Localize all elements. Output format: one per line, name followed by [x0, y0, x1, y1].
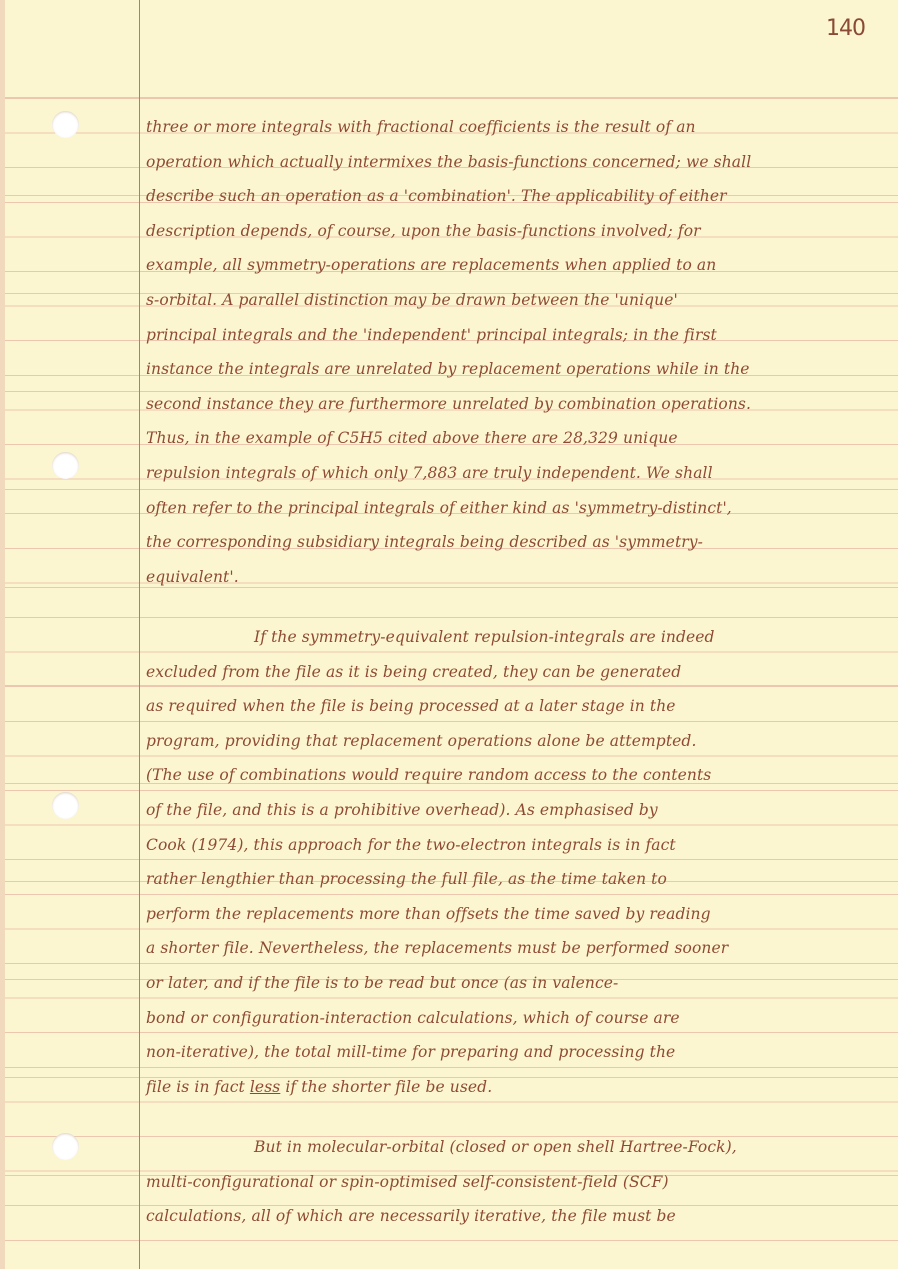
text-line: rather lengthier than processing the ful…	[146, 862, 876, 897]
text-line: Thus, in the example of C5H5 cited above…	[146, 421, 876, 456]
margin-line	[139, 0, 140, 1269]
text-line: But in molecular-orbital (closed or open…	[146, 1130, 876, 1165]
text-line: often refer to the principal integrals o…	[146, 491, 876, 526]
underlined-word: less	[250, 1078, 280, 1096]
paragraph-3: But in molecular-orbital (closed or open…	[146, 1130, 876, 1234]
text-line: second instance they are furthermore unr…	[146, 387, 876, 422]
text-line: example, all symmetry-operations are rep…	[146, 248, 876, 283]
text-line: the corresponding subsidiary integrals b…	[146, 525, 876, 560]
text-line: three or more integrals with fractional …	[146, 110, 876, 145]
text-line: non-iterative), the total mill-time for …	[146, 1035, 876, 1070]
text-line: If the symmetry-equivalent repulsion-int…	[146, 620, 876, 655]
text-line: description depends, of course, upon the…	[146, 214, 876, 249]
text-line: principal integrals and the 'independent…	[146, 318, 876, 353]
text-line: as required when the file is being proce…	[146, 689, 876, 724]
text-line: operation which actually intermixes the …	[146, 145, 876, 180]
text-line: excluded from the file as it is being cr…	[146, 655, 876, 690]
text-line: Cook (1974), this approach for the two-e…	[146, 828, 876, 863]
text-segment: file is in fact	[146, 1078, 250, 1096]
punch-hole-icon	[52, 452, 79, 479]
punch-hole-icon	[52, 792, 79, 819]
punch-hole-icon	[52, 1133, 79, 1160]
text-line: instance the integrals are unrelated by …	[146, 352, 876, 387]
page-edge	[0, 0, 5, 1269]
punch-hole-icon	[52, 111, 79, 138]
text-line: program, providing that replacement oper…	[146, 724, 876, 759]
text-line: describe such an operation as a 'combina…	[146, 179, 876, 214]
text-segment: if the shorter file be used.	[280, 1078, 492, 1096]
paragraph-2: If the symmetry-equivalent repulsion-int…	[146, 620, 876, 1104]
text-line: (The use of combinations would require r…	[146, 758, 876, 793]
text-line: s-orbital. A parallel distinction may be…	[146, 283, 876, 318]
text-line: bond or configuration-interaction calcul…	[146, 1001, 876, 1036]
paragraph-1: three or more integrals with fractional …	[146, 110, 876, 594]
text-line: or later, and if the file is to be read …	[146, 966, 876, 1001]
text-line-final: file is in fact less if the shorter file…	[146, 1070, 876, 1105]
text-line: of the file, and this is a prohibitive o…	[146, 793, 876, 828]
text-line: calculations, all of which are necessari…	[146, 1199, 876, 1234]
notebook-page: 140 three or more integrals with fractio…	[0, 0, 898, 1269]
text-line: repulsion integrals of which only 7,883 …	[146, 456, 876, 491]
text-line: multi-configurational or spin-optimised …	[146, 1165, 876, 1200]
text-line: perform the replacements more than offse…	[146, 897, 876, 932]
page-number: 140	[826, 16, 865, 41]
text-line: equivalent'.	[146, 560, 876, 595]
text-line: a shorter file. Nevertheless, the replac…	[146, 931, 876, 966]
